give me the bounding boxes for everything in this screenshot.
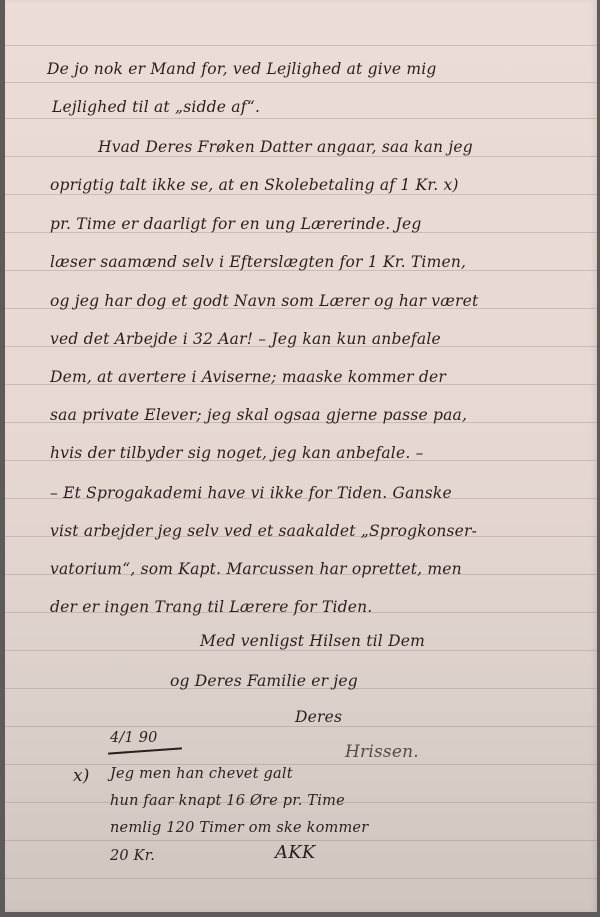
footnote-marker: x) [73,766,90,786]
closing-line: Med venligst Hilsen til Dem [200,632,425,650]
body-line: Lejlighed til at „sidde af“. [52,98,260,116]
body-line: saa private Elever; jeg skal ogsaa gjern… [50,406,467,424]
letter-page: De jo nok er Mand for, ved Lejlighed at … [5,0,597,912]
body-line: og jeg har dog et godt Navn som Lærer og… [50,292,478,310]
initials: AKK [275,842,316,863]
body-line: læser saamænd selv i Efterslægten for 1 … [50,253,466,271]
closing-line: og Deres Familie er jeg [170,672,358,690]
body-line: ved det Arbejde i 32 Aar! – Jeg kan kun … [50,330,441,348]
body-line: hvis der tilbyder sig noget, jeg kan anb… [50,444,424,462]
body-line: Dem, at avertere i Aviserne; maaske komm… [50,368,446,386]
body-line: Hvad Deres Frøken Datter angaar, saa kan… [98,138,473,156]
body-line: De jo nok er Mand for, ved Lejlighed at … [47,60,437,78]
closing-line: Deres [295,708,342,726]
date: 4/1 90 [110,730,158,746]
body-line: vist arbejder jeg selv ved et saakaldet … [50,522,477,540]
postscript-line: hun faar knapt 16 Øre pr. Time [110,793,345,809]
body-line: vatorium“, som Kapt. Marcussen har opret… [50,560,462,578]
body-line: pr. Time er daarligt for en ung Lærerind… [50,215,421,233]
postscript-line: nemlig 120 Timer om ske kommer [110,820,368,836]
signature: Hrissen. [345,742,419,762]
body-line: – Et Sprogakademi have vi ikke for Tiden… [50,484,452,502]
body-line: der er ingen Trang til Lærere for Tiden. [50,598,372,616]
postscript-line: Jeg men han chevet galt [110,766,293,782]
postscript-line: 20 Kr. [110,848,155,864]
body-line: oprigtig talt ikke se, at en Skolebetali… [50,176,459,194]
date-underline [108,747,182,754]
